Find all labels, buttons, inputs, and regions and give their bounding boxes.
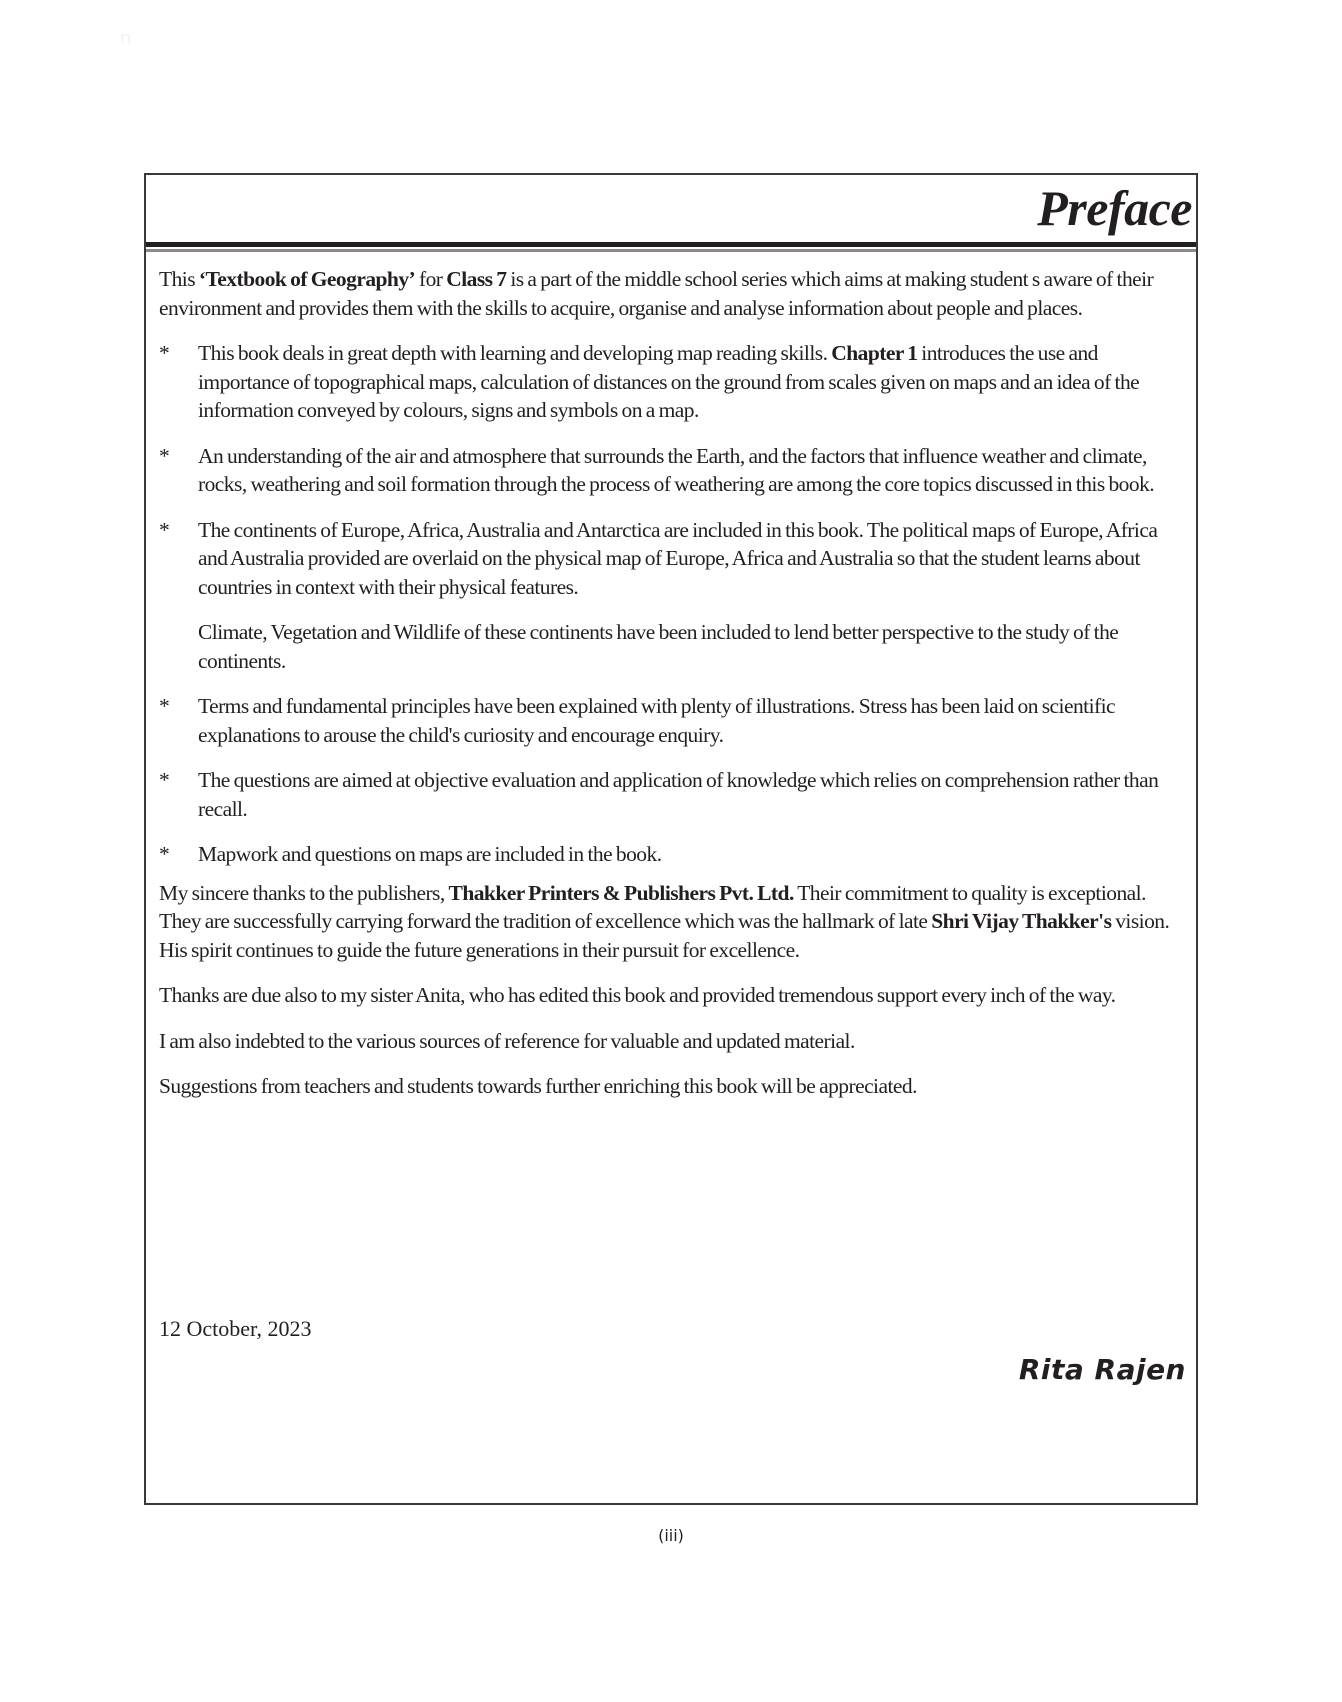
title-rule-thin	[146, 249, 1196, 252]
publisher-name: Thakker Printers & Publishers Pvt. Ltd.	[449, 881, 794, 905]
bullet-item: * This book deals in great depth with le…	[159, 339, 1186, 425]
title-rule-thick	[146, 242, 1196, 247]
bullet-marker: *	[159, 442, 169, 471]
intro-paragraph: This ‘Textbook of Geography’ for Class 7…	[159, 265, 1186, 322]
indebted-paragraph: I am also indebted to the various source…	[159, 1027, 1186, 1056]
faint-mark: n	[120, 28, 131, 49]
bullet-marker: *	[159, 339, 169, 368]
page-number: (iii)	[0, 1526, 1342, 1545]
bullet-marker: *	[159, 692, 169, 721]
intro-text-1: This	[159, 267, 199, 291]
bullet-item: * An understanding of the air and atmosp…	[159, 442, 1186, 499]
bullet-text: Terms and fundamental principles have be…	[198, 694, 1115, 747]
class-label: Class 7	[446, 267, 506, 291]
thanks-sister-paragraph: Thanks are due also to my sister Anita, …	[159, 981, 1186, 1010]
founder-name: Shri Vijay Thakker's	[931, 909, 1111, 933]
bullet-item: * Terms and fundamental principles have …	[159, 692, 1186, 749]
bullet-text: The questions are aimed at objective eva…	[198, 768, 1158, 821]
title-bar: Preface	[146, 175, 1196, 243]
book-title: ‘Textbook of Geography’	[199, 267, 415, 291]
bullet-text: Mapwork and questions on maps are includ…	[198, 842, 662, 866]
bullet-text: This book deals in great depth with lear…	[198, 341, 831, 365]
bullet-continuation: Climate, Vegetation and Wildlife of thes…	[159, 618, 1186, 675]
author-signature: Rita Rajen	[1019, 1353, 1186, 1386]
intro-text-2: for	[415, 267, 446, 291]
page-title: Preface	[1037, 183, 1192, 233]
bullet-marker: *	[159, 766, 169, 795]
bullet-marker: *	[159, 516, 169, 545]
preface-frame: Preface This ‘Textbook of Geography’ for…	[144, 173, 1198, 1505]
preface-body: This ‘Textbook of Geography’ for Class 7…	[159, 265, 1186, 1118]
bullet-item: * The questions are aimed at objective e…	[159, 766, 1186, 823]
preface-date: 12 October, 2023	[159, 1315, 311, 1343]
chapter-ref: Chapter 1	[831, 341, 917, 365]
bullet-marker: *	[159, 840, 169, 869]
bullet-text: An understanding of the air and atmosphe…	[198, 444, 1154, 497]
bullet-item: * Mapwork and questions on maps are incl…	[159, 840, 1186, 869]
thanks-text-1: My sincere thanks to the publishers,	[159, 881, 449, 905]
bullet-text: The continents of Europe, Africa, Austra…	[198, 518, 1157, 599]
suggestions-paragraph: Suggestions from teachers and students t…	[159, 1072, 1186, 1101]
bullet-item: * The continents of Europe, Africa, Aust…	[159, 516, 1186, 602]
thanks-publishers-paragraph: My sincere thanks to the publishers, Tha…	[159, 879, 1186, 965]
